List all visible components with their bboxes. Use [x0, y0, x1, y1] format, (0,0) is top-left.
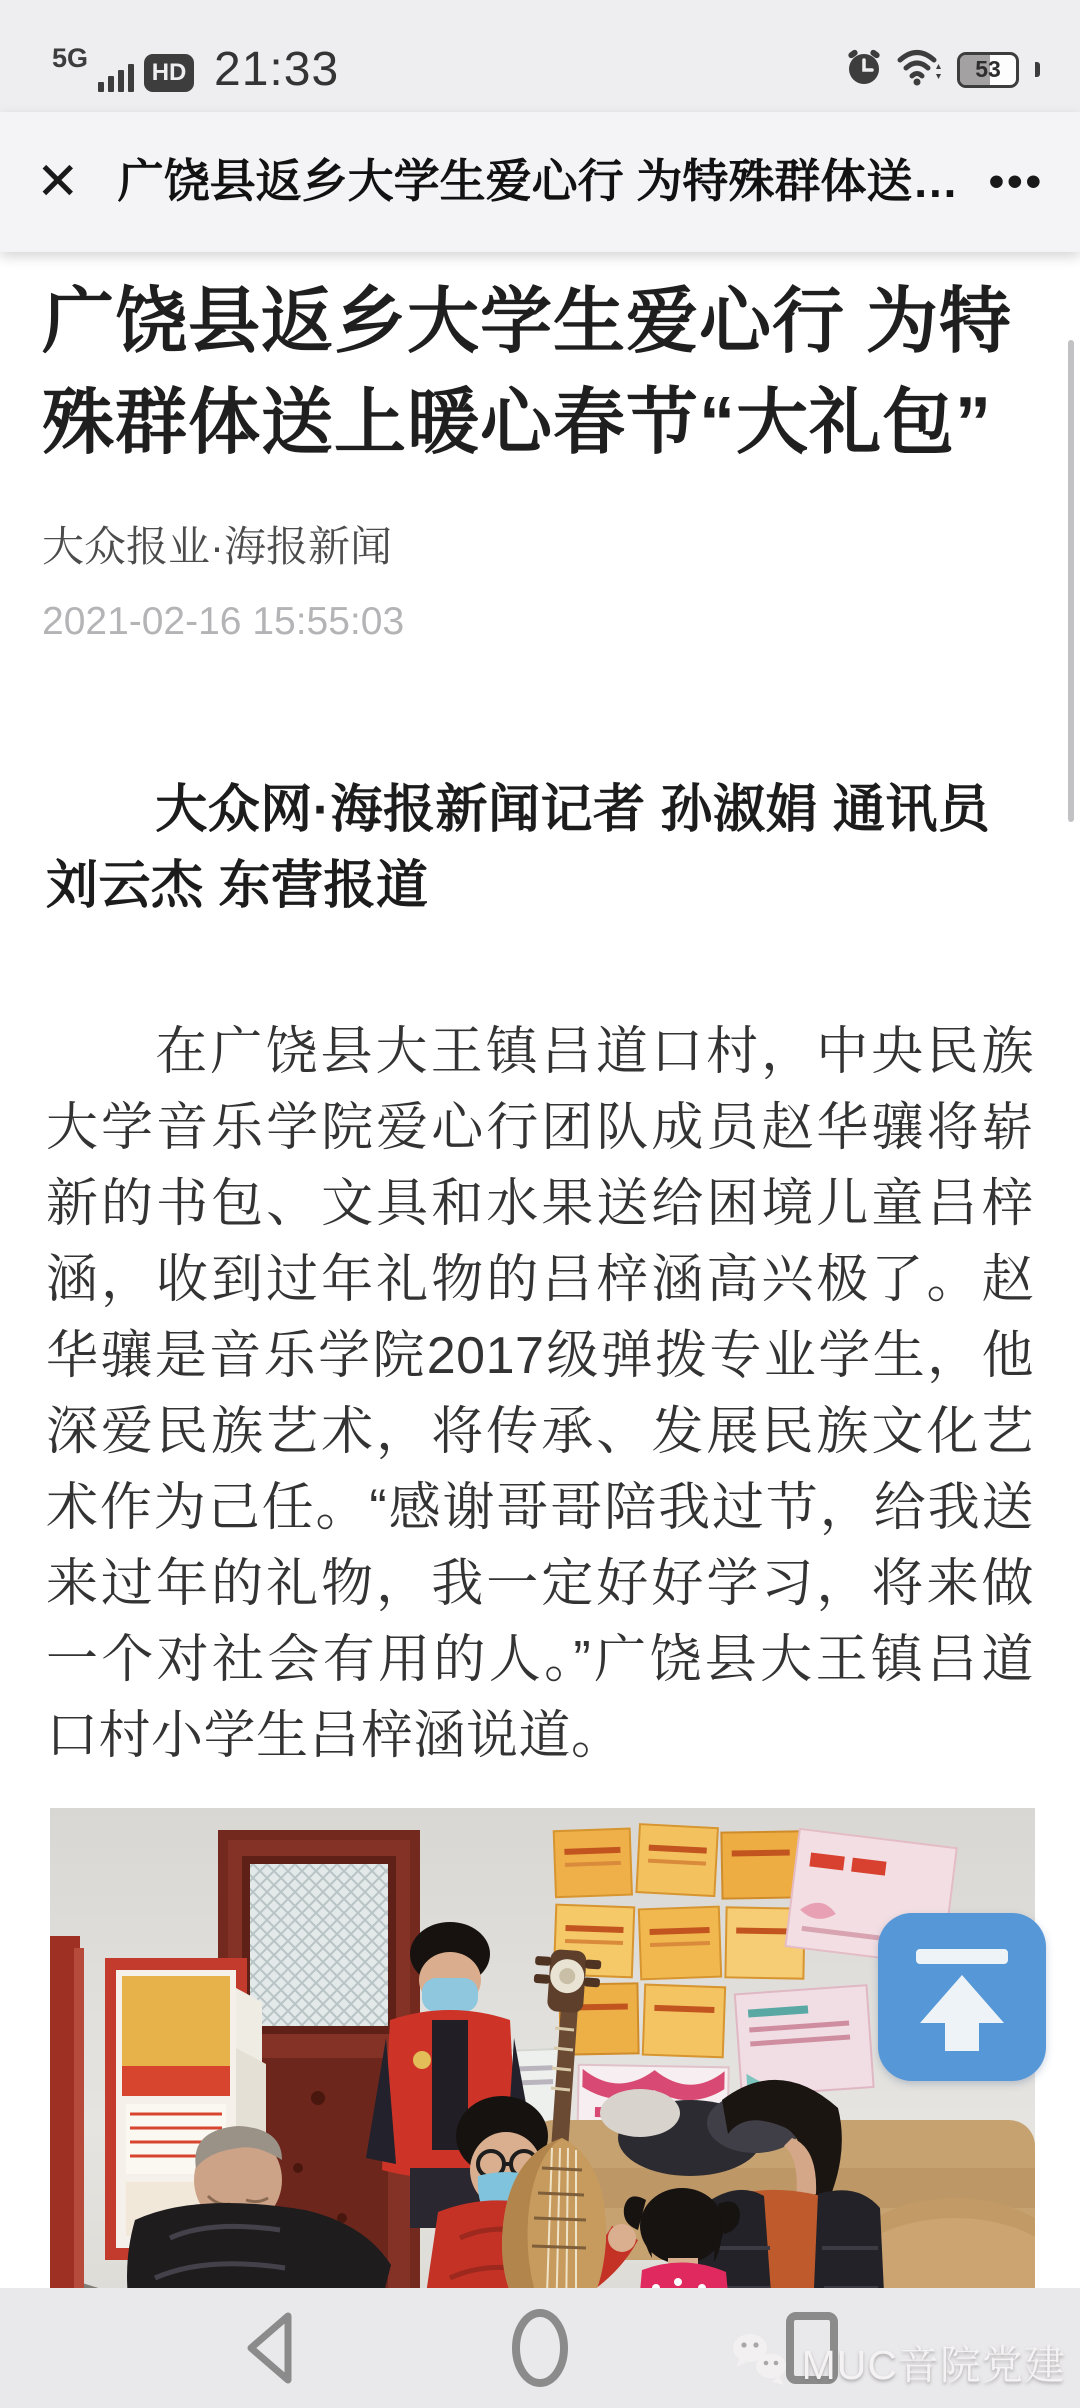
home-circle-icon [510, 2306, 570, 2390]
back-triangle-icon [242, 2308, 298, 2388]
status-right: 53 [845, 47, 1040, 94]
watermark-label: MUC音院党建 [802, 2332, 1066, 2391]
account-watermark: MUC音院党建 [730, 2330, 1066, 2392]
close-icon[interactable]: ✕ [36, 156, 80, 208]
bottom-nav-bar: MUC音院党建 [0, 2288, 1080, 2408]
article-photo [50, 1808, 1035, 2335]
signal-bars-icon [98, 62, 134, 92]
scrollbar[interactable] [1068, 340, 1074, 822]
article-body: 在广饶县大王镇吕道口村，中央民族大学音乐学院爱心行团队成员赵华骧将崭新的书包、文… [46, 1014, 1034, 1774]
wechat-icon [730, 2330, 794, 2392]
publish-time: 2021-02-16 15:55:03 [42, 600, 1038, 644]
battery-percent: 53 [975, 56, 1001, 83]
more-menu-icon[interactable]: ••• [989, 160, 1044, 204]
nav-back-button[interactable] [230, 2288, 310, 2408]
hd-badge: HD [144, 54, 194, 92]
battery-icon: 53 [957, 52, 1019, 88]
article-photo-illustration [50, 1808, 1035, 2335]
article-source: 大众报业·海报新闻 [42, 514, 1038, 574]
status-bar: 5G HD 21:33 [0, 0, 1080, 112]
status-time: 21:33 [214, 46, 339, 94]
back-to-top-button[interactable] [878, 1913, 1046, 2081]
reporter-line: 大众网·海报新闻记者 孙淑娟 通讯员 刘云杰 东营报道 [46, 772, 1034, 924]
page-title: 广饶县返乡大学生爱心行 为特殊群体送… [118, 154, 965, 209]
battery-nub [1035, 62, 1040, 77]
phone-screen: 5G HD 21:33 [0, 0, 1080, 2408]
wifi-icon [897, 47, 943, 92]
back-to-top-arrow-icon [916, 1949, 1008, 1964]
nav-bar: ✕ 广饶县返乡大学生爱心行 为特殊群体送… ••• [0, 112, 1080, 252]
alarm-clock-icon [845, 48, 883, 91]
nav-home-button[interactable] [500, 2288, 580, 2408]
status-left: 5G HD 21:33 [52, 46, 339, 94]
network-type-label: 5G [52, 45, 88, 72]
article-title: 广饶县返乡大学生爱心行 为特殊群体送上暖心春节“大礼包” [42, 272, 1038, 474]
